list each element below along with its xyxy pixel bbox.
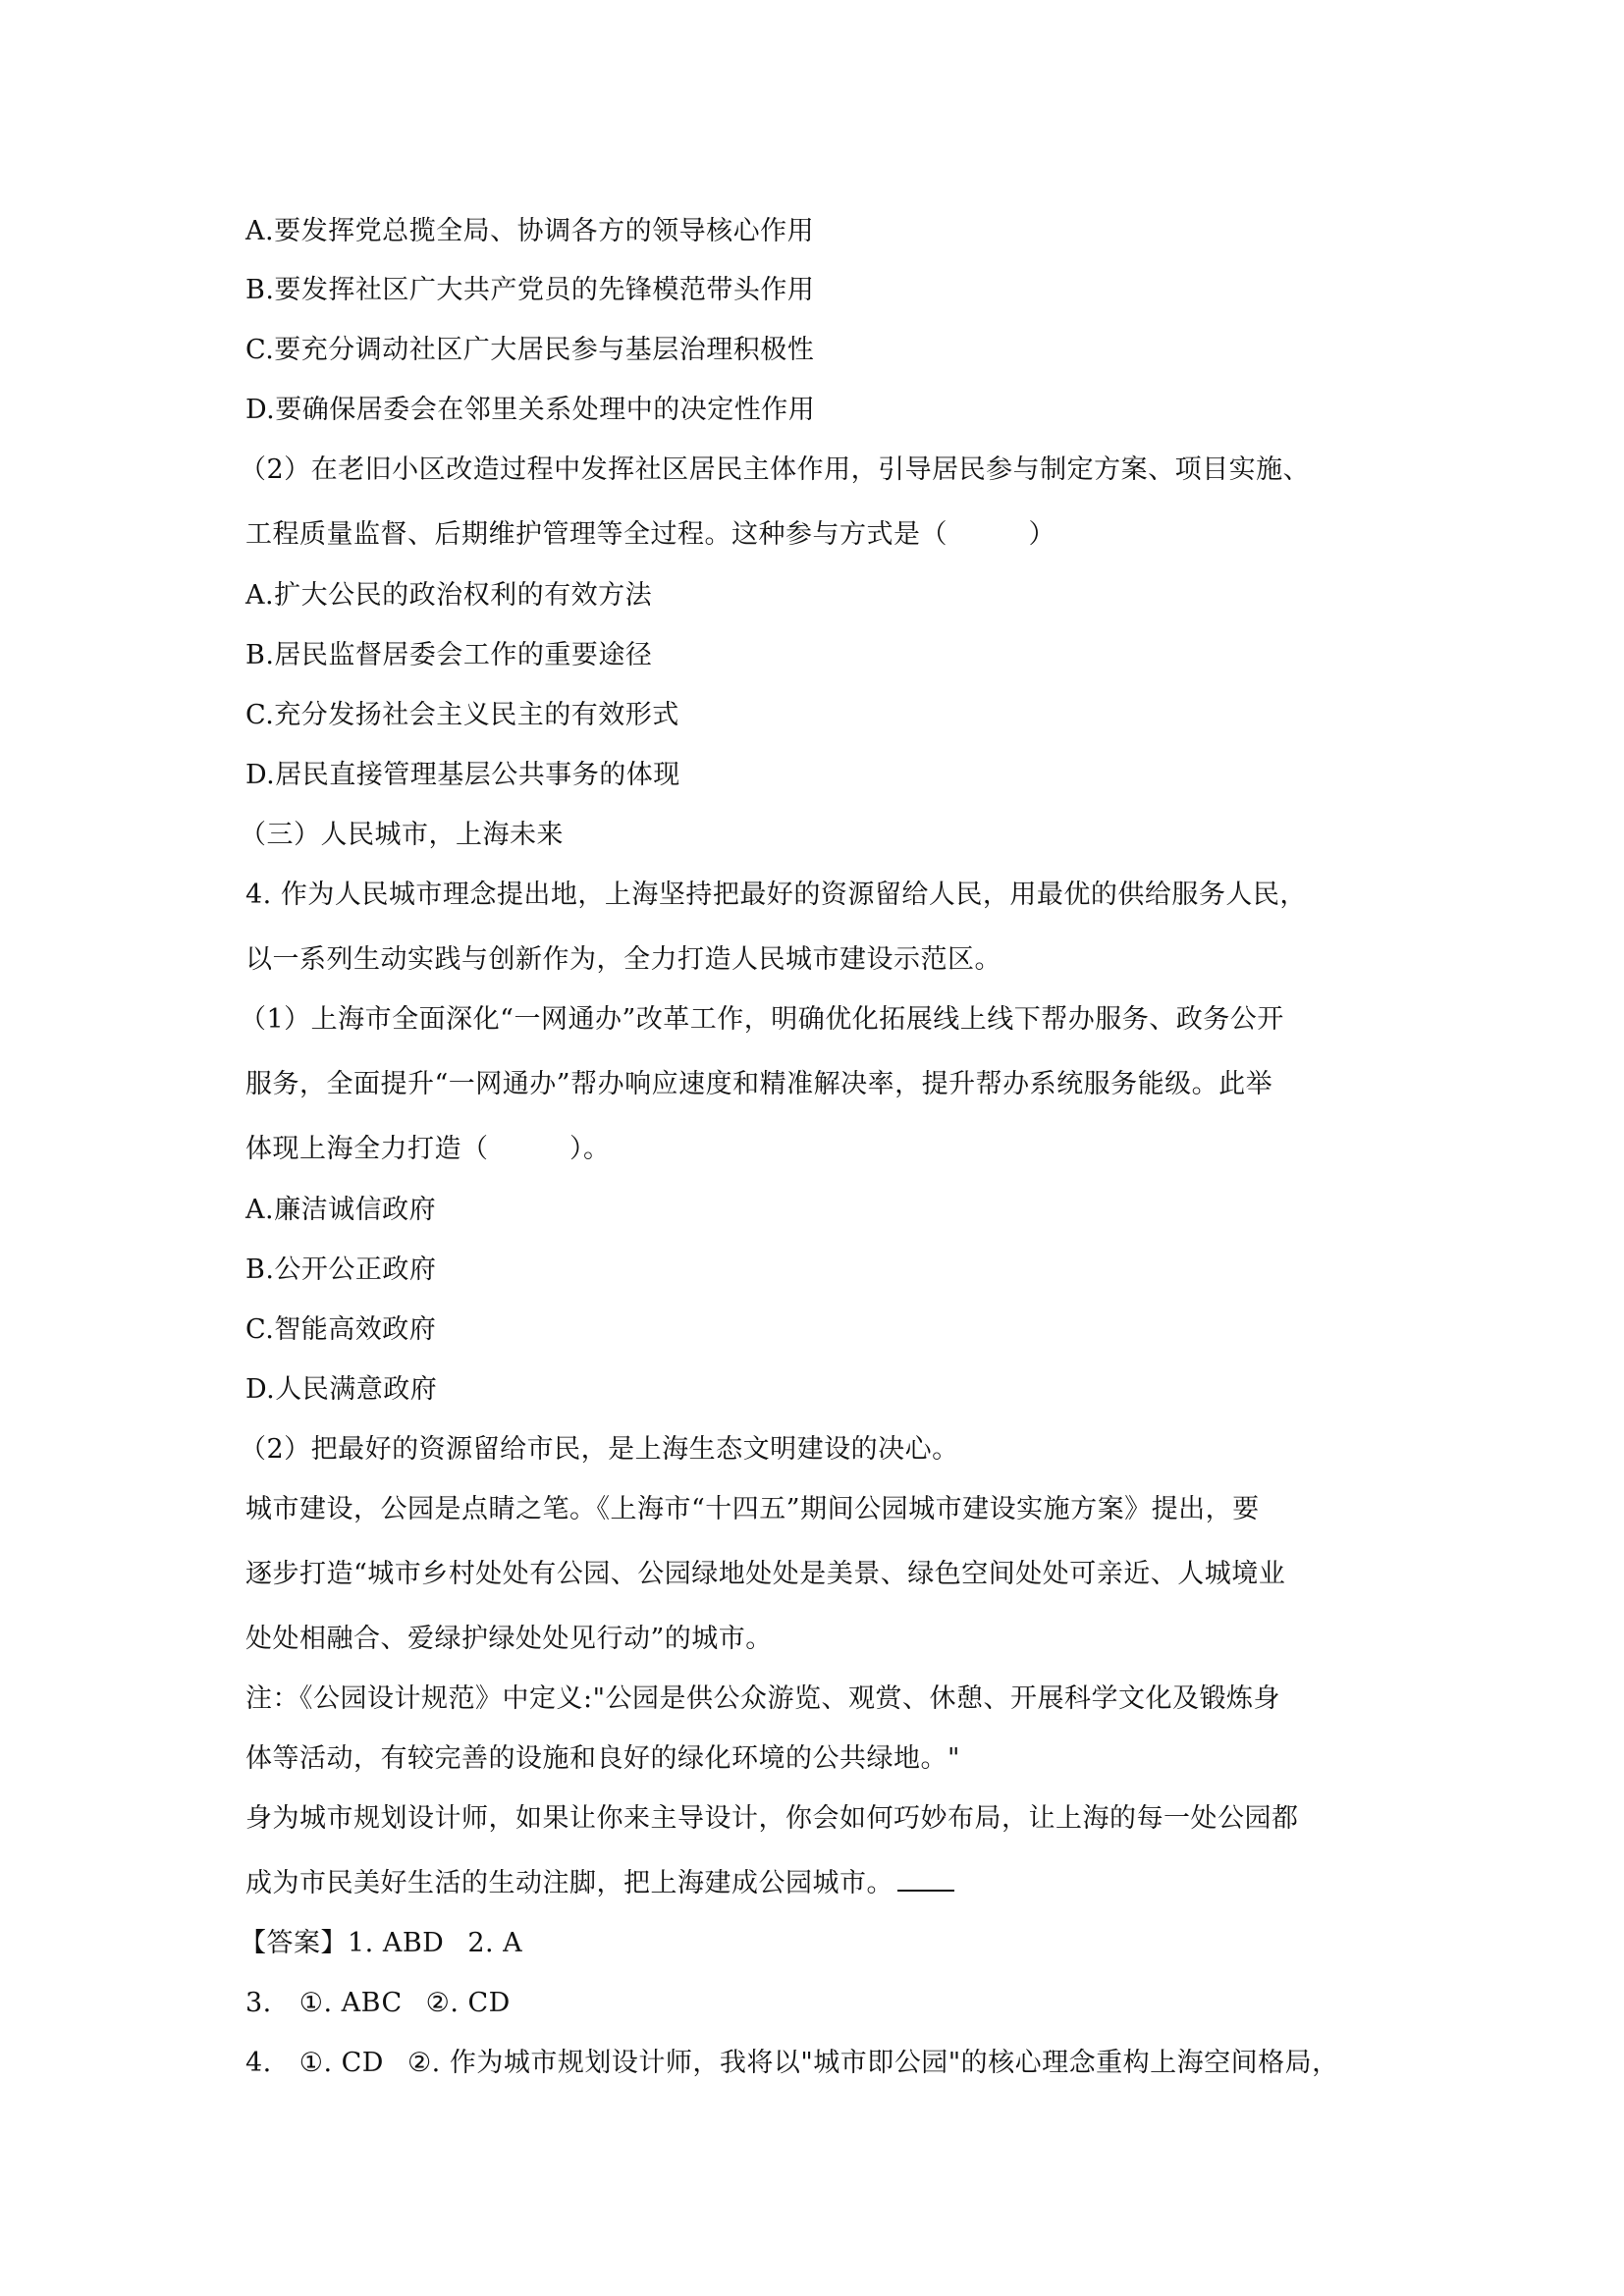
q4-2-line4: 处处相融合、爱绿护绿处处见行动”的城市。	[245, 1622, 773, 1657]
answer-label: 【答案】	[240, 1928, 348, 1958]
answer-4-part2: ②. 作为城市规划设计师，我将以"城市即公园"的核心理念重构上海空间格局，	[407, 2048, 1339, 2078]
answer-line-3: 3.①. ABC②. CD	[245, 1986, 511, 2021]
q4-1-option-c: C.智能高效政府	[245, 1312, 436, 1348]
q4-1-option-b: B.公开公正政府	[245, 1253, 436, 1288]
q4-1-option-a: A.廉洁诚信政府	[245, 1193, 436, 1228]
q3-2-option-c: C.充分发扬社会主义民主的有效形式	[245, 698, 679, 733]
q4-stem-line1: 4. 作为人民城市理念提出地，上海坚持把最好的资源留给人民，用最优的供给服务人民…	[245, 878, 1307, 913]
q4-stem-line2: 以一系列生动实践与创新作为，全力打造人民城市建设示范区。	[245, 942, 1001, 978]
answer-blank	[897, 1870, 954, 1892]
q4-1-line2: 服务，全面提升“一网通办”帮办响应速度和精准解决率，提升帮办系统服务能级。此举	[245, 1067, 1272, 1102]
q3-1-option-c: C.要充分调动社区广大居民参与基层治理积极性	[245, 333, 814, 368]
q4-1-option-d: D.人民满意政府	[245, 1372, 437, 1408]
q3-1-option-b: B.要发挥社区广大共产党员的先锋模范带头作用	[245, 273, 814, 308]
q4-2-line3: 逐步打造“城市乡村处处有公园、公园绿地处处是美景、绿色空间处处可亲近、人城境业	[245, 1557, 1285, 1592]
q4-2-task-line1: 身为城市规划设计师，如果让你来主导设计，你会如何巧妙布局，让上海的每一处公园都	[245, 1801, 1299, 1837]
answer-4-number: 4.	[245, 2048, 272, 2078]
q3-2-option-b: B.居民监督居委会工作的重要途径	[245, 638, 652, 673]
answer-1: 1. ABD	[348, 1928, 444, 1958]
q3-2-stem-line2: 工程质量监督、后期维护管理等全过程。这种参与方式是（ ）	[245, 517, 1056, 553]
answer-3-part1: ①. ABC	[299, 1988, 403, 2018]
document-page: A.要发挥党总揽全局、协调各方的领导核心作用 B.要发挥社区广大共产党员的先锋模…	[0, 0, 1624, 2296]
q4-1-line1: （1）上海市全面深化“一网通办”改革工作，明确优化拓展线上线下帮办服务、政务公开	[240, 1002, 1284, 1038]
answer-2: 2. A	[467, 1928, 522, 1958]
q4-2-line2: 城市建设，公园是点睛之笔。《上海市“十四五”期间公园城市建设实施方案》提出，要	[245, 1492, 1260, 1527]
q4-1-line3: 体现上海全力打造（ ）。	[245, 1132, 611, 1167]
q3-1-option-a: A.要发挥党总揽全局、协调各方的领导核心作用	[245, 214, 814, 249]
q4-2-task-line2-text: 成为市民美好生活的生动注脚，把上海建成公园城市。	[245, 1868, 893, 1898]
q4-2-note-line1: 注：《公园设计规范》中定义:"公园是供公众游览、观赏、休憩、开展科学文化及锻炼身	[245, 1682, 1280, 1717]
q3-2-stem-line1: （2）在老旧小区改造过程中发挥社区居民主体作用，引导居民参与制定方案、项目实施、	[240, 453, 1310, 488]
q4-2-note-line2: 体等活动，有较完善的设施和良好的绿化环境的公共绿地。"	[245, 1741, 960, 1777]
q3-1-option-d: D.要确保居委会在邻里关系处理中的决定性作用	[245, 393, 815, 428]
q4-2-task-line2: 成为市民美好生活的生动注脚，把上海建成公园城市。	[245, 1866, 954, 1901]
answer-3-number: 3.	[245, 1988, 272, 2018]
q3-2-option-a: A.扩大公民的政治权利的有效方法	[245, 578, 652, 614]
answer-line-1: 【答案】1. ABD2. A	[240, 1926, 522, 1961]
answer-3-part2: ②. CD	[426, 1988, 511, 2018]
answer-4-part1: ①. CD	[299, 2048, 384, 2078]
section-3-title: （三）人民城市，上海未来	[240, 818, 564, 853]
answer-line-4: 4.①. CD②. 作为城市规划设计师，我将以"城市即公园"的核心理念重构上海空…	[245, 2046, 1339, 2081]
q4-2-line1: （2）把最好的资源留给市民，是上海生态文明建设的决心。	[240, 1432, 959, 1468]
q3-2-option-d: D.居民直接管理基层公共事务的体现	[245, 758, 680, 793]
